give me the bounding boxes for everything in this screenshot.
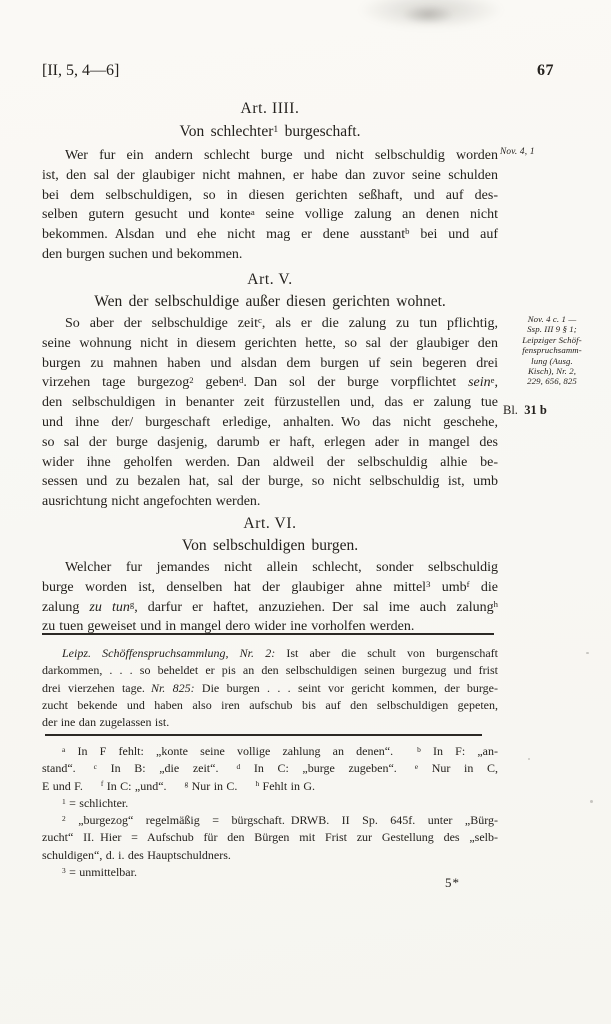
superscript-note-marker: f bbox=[467, 579, 470, 589]
text-line: lung (Ausg. bbox=[496, 356, 608, 366]
text-segment: Fehlt in G. bbox=[259, 779, 315, 793]
text-segment: die bbox=[470, 580, 498, 595]
text-segment: E und F. bbox=[42, 779, 101, 793]
text-segment: , darfur er haftet, anzuziehen. Der sal … bbox=[134, 600, 493, 615]
article-vi-body: Welcher fur jemandes nicht allein schlec… bbox=[42, 558, 498, 637]
text-segment: wider ihne geholfen werden. Dan aldweil … bbox=[42, 455, 498, 470]
page-header: [II, 5, 4—6] 67 bbox=[42, 62, 554, 80]
text-segment: In B: „die zeit“. bbox=[97, 761, 237, 775]
text-line: schuldigen“, d. i. des Hauptschuldners. bbox=[42, 847, 498, 864]
text-segment: geben bbox=[194, 375, 239, 390]
text-segment: umb bbox=[430, 580, 466, 595]
text-line: so sal der burge dasjenig, darumb er haf… bbox=[42, 433, 498, 453]
scan-speck-artifact bbox=[590, 800, 593, 803]
article-iiii-subheading: Von schlechter1 burgeschaft. bbox=[42, 123, 498, 141]
superscript-note-marker: a bbox=[62, 745, 65, 754]
superscript-note-marker: 3 bbox=[426, 579, 430, 589]
text-segment: so sal der burge dasjenig, darumb er haf… bbox=[42, 435, 498, 450]
text-segment: schuldigen“, d. i. des Hauptschuldners. bbox=[42, 848, 231, 862]
superscript-note-marker: c bbox=[258, 315, 262, 325]
text-segment: In C: „burge zugeben“. bbox=[240, 761, 415, 775]
superscript-note-marker: h bbox=[494, 599, 498, 609]
text-line: 3 = unmittelbar. bbox=[42, 864, 498, 881]
superscript-note-marker: b bbox=[417, 745, 421, 754]
apparatus-notes-block: a In F fehlt: „konte seine vollige zahlu… bbox=[42, 743, 498, 881]
text-line: 2 „burgezog“ regelmäßig = bürgschaft. DR… bbox=[42, 812, 498, 829]
superscript-note-marker: h bbox=[255, 779, 259, 788]
text-segment: Leipz. Schöffenspruchsammlung, Nr. 2: bbox=[62, 646, 275, 660]
text-segment: . Dan sol der burge vorpflichtet bbox=[243, 375, 468, 390]
superscript-note-marker: b bbox=[405, 226, 409, 236]
text-line: burgen zu mahnen haben und alsdan dem bu… bbox=[42, 354, 498, 374]
text-segment: Nr. 825: bbox=[151, 681, 195, 695]
superscript-note-marker: 1 bbox=[62, 797, 66, 806]
text-segment: seine vollige zalung an denen nicht bbox=[255, 207, 498, 222]
text-segment: Von schlechter bbox=[180, 123, 274, 140]
text-line: seine wohnung nicht in diesem gerichten … bbox=[42, 334, 498, 354]
text-line: ausrichtung nicht angefochten werden. bbox=[42, 492, 498, 512]
text-segment: Ist aber die schult von burgenschaft bbox=[275, 646, 498, 660]
text-line: den selbschuldigen in benanter zeit fürz… bbox=[42, 393, 498, 413]
text-segment: zu tun bbox=[89, 600, 129, 615]
footnote-quote-block: Leipz. Schöffenspruchsammlung, Nr. 2: Is… bbox=[42, 645, 498, 731]
text-line: Wer fur ein andern schlecht burge und ni… bbox=[42, 146, 498, 166]
text-segment: Nur in C, bbox=[418, 761, 498, 775]
text-segment: und ihne der/ burgeschaft erledige, anha… bbox=[42, 415, 498, 430]
superscript-note-marker: d bbox=[236, 762, 240, 771]
footnote-separator-rule bbox=[42, 633, 494, 635]
text-segment: burge worden ist, denselben hat der glau… bbox=[42, 580, 426, 595]
article-vi-heading: Art. VI. bbox=[42, 515, 498, 533]
text-segment: zalung bbox=[42, 600, 89, 615]
text-segment: stand“. bbox=[42, 761, 94, 775]
superscript-note-marker: f bbox=[101, 779, 103, 788]
article-v-heading: Art. V. bbox=[42, 271, 498, 289]
text-segment: Wer fur ein andern schlecht burge und ni… bbox=[65, 148, 498, 163]
text-segment: darkommen, . . . so beheldet er pis an d… bbox=[42, 663, 498, 677]
text-segment: sein bbox=[468, 375, 491, 390]
text-line: Leipz. Schöffenspruchsammlung, Nr. 2: Is… bbox=[42, 645, 498, 662]
text-line: fenspruchsamm- bbox=[496, 345, 608, 355]
text-segment: = schlichter. bbox=[66, 796, 129, 810]
text-segment: burgen zu mahnen haben und alsdan dem bu… bbox=[42, 356, 498, 371]
superscript-note-marker: g bbox=[185, 779, 189, 788]
sheet-signature-mark: 5* bbox=[445, 875, 460, 891]
text-line: stand“. c In B: „die zeit“. d In C: „bur… bbox=[42, 760, 498, 777]
text-segment: , als er die zalung zu tun pflichtig, bbox=[262, 316, 498, 331]
text-segment: zucht“ II. Hier = Aufschub für den Bürge… bbox=[42, 830, 498, 844]
text-segment: bekommen. Alsdan und ehe nicht mag er de… bbox=[42, 227, 405, 242]
text-line: burge worden ist, denselben hat der glau… bbox=[42, 578, 498, 598]
text-line: Ssp. III 9 § 1; bbox=[496, 324, 608, 334]
text-line: zalung zu tung, darfur er haftet, anzuzi… bbox=[42, 598, 498, 618]
text-segment: burgeschaft. bbox=[278, 123, 360, 140]
text-segment: den selbschuldigen in benanter zeit fürz… bbox=[42, 395, 498, 410]
superscript-note-marker: 2 bbox=[62, 814, 66, 823]
page-number: 67 bbox=[537, 62, 554, 80]
text-segment: In F: „an- bbox=[421, 744, 498, 758]
text-segment: So aber der selbschuldige zeit bbox=[65, 316, 258, 331]
article-v-body: So aber der selbschuldige zeitc, als er … bbox=[42, 314, 498, 512]
article-vi-subheading: Von selbschuldigen burgen. bbox=[42, 537, 498, 555]
superscript-note-marker: e bbox=[491, 375, 495, 385]
superscript-note-marker: g bbox=[130, 599, 134, 609]
apparatus-separator-rule bbox=[45, 734, 482, 736]
text-segment: 31 b bbox=[524, 403, 547, 417]
text-line: 229, 656, 825 bbox=[496, 376, 608, 386]
text-segment: Wen der selbschuldige außer diesen geric… bbox=[94, 293, 446, 310]
text-line: sessen und zu bezalen hat, sal der burge… bbox=[42, 472, 498, 492]
text-line: Welcher fur jemandes nicht allein schlec… bbox=[42, 558, 498, 578]
margin-note-sources-block: Nov. 4 c. 1 —Ssp. III 9 § 1;Leipziger Sc… bbox=[496, 314, 608, 387]
text-segment: virzehen tage burgezog bbox=[42, 375, 189, 390]
text-segment: ist, den sal der glaubiger nicht mahnen,… bbox=[42, 168, 498, 183]
text-segment: sessen und zu bezalen hat, sal der burge… bbox=[42, 474, 498, 489]
margin-note-folio: Bl. 31 b bbox=[503, 403, 547, 418]
text-line: wider ihne geholfen werden. Dan aldweil … bbox=[42, 453, 498, 473]
text-line: virzehen tage burgezog2 gebend. Dan sol … bbox=[42, 373, 498, 393]
text-segment: der ine dan zugelassen ist. bbox=[42, 715, 169, 729]
book-page: [II, 5, 4—6] 67 Art. IIII. Von schlechte… bbox=[0, 0, 611, 1024]
text-segment: In F fehlt: „konte seine vollige zahlung… bbox=[65, 744, 417, 758]
text-segment: „burgezog“ regelmäßig = bürgschaft. DRWB… bbox=[66, 813, 498, 827]
text-line: E und F. f In C: „und“. g Nur in C. h Fe… bbox=[42, 778, 498, 795]
article-iiii-body: Wer fur ein andern schlecht burge und ni… bbox=[42, 146, 498, 265]
chapter-reference: [II, 5, 4—6] bbox=[42, 62, 119, 80]
text-line: selben gutern gesucht und kontea seine v… bbox=[42, 205, 498, 225]
scan-smudge-artifact bbox=[356, 0, 506, 30]
text-segment: Bl. bbox=[503, 403, 524, 417]
superscript-note-marker: e bbox=[415, 762, 418, 771]
text-line: den burgen suchen und bekommen. bbox=[42, 245, 498, 265]
text-line: zucht bekende und haben also iren aufsch… bbox=[42, 697, 498, 714]
text-line: Leipziger Schöf- bbox=[496, 335, 608, 345]
text-segment: zucht bekende und haben also iren aufsch… bbox=[42, 698, 498, 712]
text-line: bei dem selbschuldigen, so in diesen ger… bbox=[42, 186, 498, 206]
text-line: und ihne der/ burgeschaft erledige, anha… bbox=[42, 413, 498, 433]
text-segment: bei und auf bbox=[410, 227, 499, 242]
superscript-note-marker: 1 bbox=[273, 124, 278, 135]
text-line: 1 = schlichter. bbox=[42, 795, 498, 812]
article-iiii-heading: Art. IIII. bbox=[42, 100, 498, 118]
text-segment: Die burgen . . . seint vor gericht komme… bbox=[195, 681, 498, 695]
text-segment: Welcher fur jemandes nicht allein schlec… bbox=[65, 560, 498, 575]
text-segment: drei vierzehen tage. bbox=[42, 681, 151, 695]
text-segment: Von selbschuldigen burgen. bbox=[182, 537, 358, 554]
text-line: der ine dan zugelassen ist. bbox=[42, 714, 498, 731]
scan-speck-artifact bbox=[586, 652, 589, 654]
text-line: drei vierzehen tage. Nr. 825: Die burgen… bbox=[42, 680, 498, 697]
superscript-note-marker: 2 bbox=[189, 375, 193, 385]
superscript-note-marker: a bbox=[251, 207, 255, 217]
superscript-note-marker: 3 bbox=[62, 866, 66, 875]
text-segment: Nur in C. bbox=[188, 779, 255, 793]
text-segment: selben gutern gesucht und konte bbox=[42, 207, 251, 222]
superscript-note-marker: c bbox=[94, 762, 97, 771]
text-line: darkommen, . . . so beheldet er pis an d… bbox=[42, 662, 498, 679]
text-line: a In F fehlt: „konte seine vollige zahlu… bbox=[42, 743, 498, 760]
margin-note-source-reference: Nov. 4, 1 bbox=[500, 147, 535, 157]
text-line: Kisch), Nr. 2, bbox=[496, 366, 608, 376]
text-segment: In C: „und“. bbox=[103, 779, 184, 793]
text-line: ist, den sal der glaubiger nicht mahnen,… bbox=[42, 166, 498, 186]
text-segment: den burgen suchen und bekommen. bbox=[42, 247, 242, 262]
text-line: bekommen. Alsdan und ehe nicht mag er de… bbox=[42, 225, 498, 245]
article-v-subheading: Wen der selbschuldige außer diesen geric… bbox=[42, 293, 498, 311]
text-line: Nov. 4 c. 1 — bbox=[496, 314, 608, 324]
text-line: So aber der selbschuldige zeitc, als er … bbox=[42, 314, 498, 334]
text-segment: ausrichtung nicht angefochten werden. bbox=[42, 494, 260, 509]
text-segment: = unmittelbar. bbox=[66, 865, 137, 879]
scan-smudge-artifact bbox=[402, 6, 454, 24]
text-segment: seine wohnung nicht in diesem gerichten … bbox=[42, 336, 498, 351]
text-segment: bei dem selbschuldigen, so in diesen ger… bbox=[42, 188, 498, 203]
text-line: zucht“ II. Hier = Aufschub für den Bürge… bbox=[42, 829, 498, 846]
scan-speck-artifact bbox=[528, 758, 530, 760]
superscript-note-marker: d bbox=[239, 375, 243, 385]
text-segment: Nov. 4, 1 bbox=[500, 147, 535, 157]
